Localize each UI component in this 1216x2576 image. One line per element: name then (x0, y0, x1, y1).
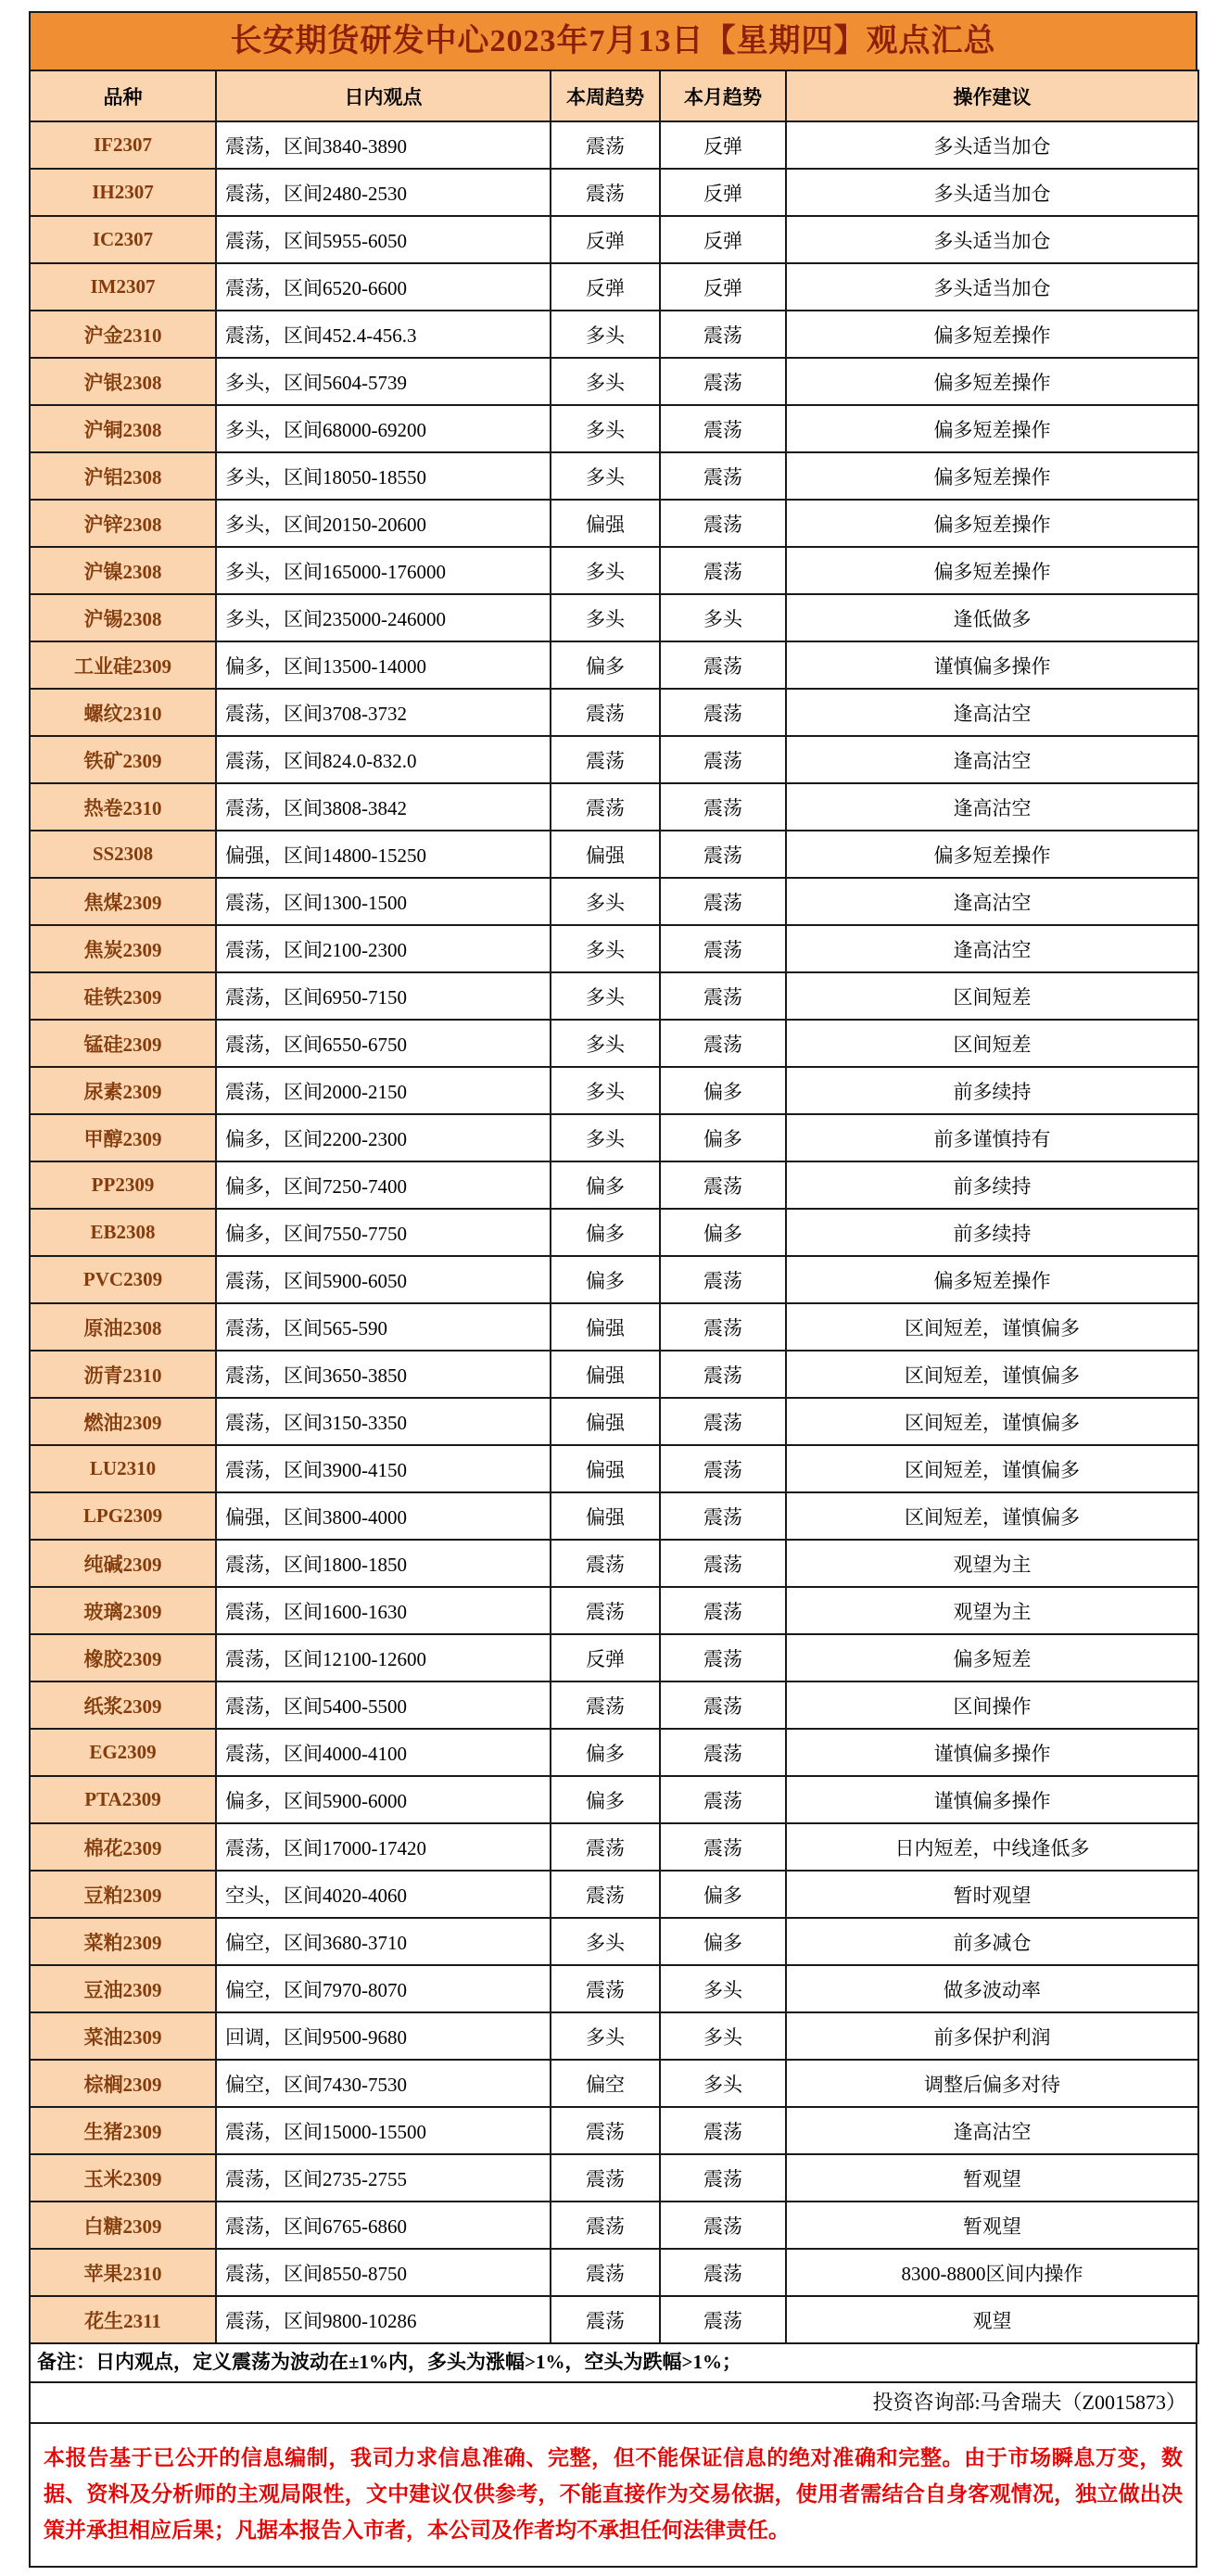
table-row: 硅铁2309震荡，区间6950-7150多头震荡区间短差 (30, 972, 1198, 1020)
variety-cell: 沪镍2308 (30, 547, 216, 594)
table-row: 尿素2309震荡，区间2000-2150多头偏多前多续持 (30, 1067, 1198, 1114)
intraday-view-cell: 震荡，区间8550-8750 (216, 2249, 551, 2296)
month-trend-cell: 震荡 (660, 1823, 786, 1871)
table-row: 螺纹2310震荡，区间3708-3732震荡震荡逢高沽空 (30, 689, 1198, 736)
report-title: 长安期货研发中心2023年7月13日【星期四】观点汇总 (29, 11, 1197, 71)
variety-cell: 热卷2310 (30, 783, 216, 831)
intraday-view-cell: 多头，区间68000-69200 (216, 405, 551, 452)
header-intraday-view: 日内观点 (216, 70, 551, 121)
table-row: 燃油2309震荡，区间3150-3350偏强震荡区间短差，谨慎偏多 (30, 1398, 1198, 1445)
month-trend-cell: 反弹 (660, 169, 786, 216)
advice-cell: 区间短差，谨慎偏多 (786, 1351, 1198, 1398)
intraday-view-cell: 多头，区间235000-246000 (216, 594, 551, 641)
header-month-trend: 本月趋势 (660, 70, 786, 121)
advice-cell: 偏多短差操作 (786, 311, 1198, 358)
variety-cell: 玉米2309 (30, 2154, 216, 2202)
month-trend-cell: 偏多 (660, 1871, 786, 1918)
month-trend-cell: 震荡 (660, 878, 786, 925)
week-trend-cell: 多头 (551, 925, 660, 972)
intraday-view-cell: 震荡，区间5900-6050 (216, 1256, 551, 1303)
variety-cell: 沪铜2308 (30, 405, 216, 452)
month-trend-cell: 震荡 (660, 500, 786, 547)
advice-cell: 做多波动率 (786, 1965, 1198, 2012)
variety-cell: 尿素2309 (30, 1067, 216, 1114)
week-trend-cell: 震荡 (551, 1871, 660, 1918)
variety-cell: 玻璃2309 (30, 1587, 216, 1634)
variety-cell: 甲醇2309 (30, 1114, 216, 1161)
advice-cell: 逢高沽空 (786, 2107, 1198, 2154)
variety-cell: 纸浆2309 (30, 1681, 216, 1729)
table-row: 沪锡2308多头，区间235000-246000多头多头逢低做多 (30, 594, 1198, 641)
viewpoint-summary-table: 品种 日内观点 本周趋势 本月趋势 操作建议 IF2307震荡，区间3840-3… (29, 70, 1199, 2344)
advice-cell: 多头适当加仓 (786, 169, 1198, 216)
variety-cell: PTA2309 (30, 1776, 216, 1823)
variety-cell: 棕榈2309 (30, 2060, 216, 2107)
variety-cell: 螺纹2310 (30, 689, 216, 736)
intraday-view-cell: 空头，区间4020-4060 (216, 1871, 551, 1918)
variety-cell: 原油2308 (30, 1303, 216, 1351)
week-trend-cell: 偏多 (551, 1729, 660, 1776)
intraday-view-cell: 震荡，区间15000-15500 (216, 2107, 551, 2154)
variety-cell: 菜油2309 (30, 2012, 216, 2060)
intraday-view-cell: 震荡，区间6950-7150 (216, 972, 551, 1020)
advice-cell: 偏多短差操作 (786, 358, 1198, 405)
intraday-view-cell: 震荡，区间2100-2300 (216, 925, 551, 972)
header-week-trend: 本周趋势 (551, 70, 660, 121)
week-trend-cell: 震荡 (551, 783, 660, 831)
month-trend-cell: 震荡 (660, 925, 786, 972)
month-trend-cell: 震荡 (660, 1398, 786, 1445)
month-trend-cell: 偏多 (660, 1209, 786, 1256)
advice-cell: 多头适当加仓 (786, 263, 1198, 311)
variety-cell: 铁矿2309 (30, 736, 216, 783)
advice-cell: 逢高沽空 (786, 925, 1198, 972)
week-trend-cell: 偏强 (551, 831, 660, 878)
week-trend-cell: 偏空 (551, 2060, 660, 2107)
intraday-view-cell: 偏强，区间14800-15250 (216, 831, 551, 878)
variety-cell: 燃油2309 (30, 1398, 216, 1445)
intraday-view-cell: 震荡，区间6765-6860 (216, 2202, 551, 2249)
week-trend-cell: 偏强 (551, 1398, 660, 1445)
week-trend-cell: 震荡 (551, 121, 660, 169)
week-trend-cell: 偏多 (551, 1209, 660, 1256)
intraday-view-cell: 震荡，区间5400-5500 (216, 1681, 551, 1729)
intraday-view-cell: 震荡，区间452.4-456.3 (216, 311, 551, 358)
intraday-view-cell: 震荡，区间3840-3890 (216, 121, 551, 169)
advice-cell: 偏多短差操作 (786, 1256, 1198, 1303)
month-trend-cell: 反弹 (660, 216, 786, 263)
intraday-view-cell: 震荡，区间1300-1500 (216, 878, 551, 925)
intraday-view-cell: 偏多，区间7550-7750 (216, 1209, 551, 1256)
variety-cell: 硅铁2309 (30, 972, 216, 1020)
variety-cell: 纯碱2309 (30, 1540, 216, 1587)
advice-cell: 偏多短差操作 (786, 500, 1198, 547)
month-trend-cell: 震荡 (660, 2202, 786, 2249)
week-trend-cell: 反弹 (551, 1634, 660, 1681)
variety-cell: 苹果2310 (30, 2249, 216, 2296)
week-trend-cell: 多头 (551, 594, 660, 641)
table-row: 玻璃2309震荡，区间1600-1630震荡震荡观望为主 (30, 1587, 1198, 1634)
variety-cell: IF2307 (30, 121, 216, 169)
table-row: 白糖2309震荡，区间6765-6860震荡震荡暂观望 (30, 2202, 1198, 2249)
advice-cell: 前多减仓 (786, 1918, 1198, 1965)
variety-cell: 沪铝2308 (30, 452, 216, 500)
week-trend-cell: 偏多 (551, 1161, 660, 1209)
table-row: 沪铜2308多头，区间68000-69200多头震荡偏多短差操作 (30, 405, 1198, 452)
table-row: PP2309偏多，区间7250-7400偏多震荡前多续持 (30, 1161, 1198, 1209)
table-row: 菜油2309回调，区间9500-9680多头多头前多保护利润 (30, 2012, 1198, 2060)
table-row: 沪铝2308多头，区间18050-18550多头震荡偏多短差操作 (30, 452, 1198, 500)
header-variety: 品种 (30, 70, 216, 121)
month-trend-cell: 震荡 (660, 641, 786, 689)
table-row: 棉花2309震荡，区间17000-17420震荡震荡日内短差，中线逢低多 (30, 1823, 1198, 1871)
month-trend-cell: 多头 (660, 2012, 786, 2060)
month-trend-cell: 震荡 (660, 2296, 786, 2343)
table-row: 生猪2309震荡，区间15000-15500震荡震荡逢高沽空 (30, 2107, 1198, 2154)
table-row: 苹果2310震荡，区间8550-8750震荡震荡8300-8800区间内操作 (30, 2249, 1198, 2296)
variety-cell: IM2307 (30, 263, 216, 311)
advice-cell: 前多续持 (786, 1161, 1198, 1209)
variety-cell: LU2310 (30, 1445, 216, 1492)
variety-cell: LPG2309 (30, 1492, 216, 1540)
intraday-view-cell: 多头，区间5604-5739 (216, 358, 551, 405)
advice-cell: 多头适当加仓 (786, 216, 1198, 263)
month-trend-cell: 震荡 (660, 1445, 786, 1492)
month-trend-cell: 多头 (660, 2060, 786, 2107)
variety-cell: SS2308 (30, 831, 216, 878)
month-trend-cell: 震荡 (660, 1256, 786, 1303)
note-line: 备注：日内观点，定义震荡为波动在±1%内，多头为涨幅>1%，空头为跌幅>1%； (29, 2344, 1197, 2383)
month-trend-cell: 震荡 (660, 1681, 786, 1729)
advice-cell: 观望为主 (786, 1540, 1198, 1587)
intraday-view-cell: 偏空，区间3680-3710 (216, 1918, 551, 1965)
variety-cell: 工业硅2309 (30, 641, 216, 689)
month-trend-cell: 多头 (660, 594, 786, 641)
variety-cell: 橡胶2309 (30, 1634, 216, 1681)
variety-cell: 沪锡2308 (30, 594, 216, 641)
week-trend-cell: 偏强 (551, 500, 660, 547)
week-trend-cell: 多头 (551, 358, 660, 405)
week-trend-cell: 多头 (551, 547, 660, 594)
variety-cell: 豆粕2309 (30, 1871, 216, 1918)
intraday-view-cell: 震荡，区间3150-3350 (216, 1398, 551, 1445)
variety-cell: 锰硅2309 (30, 1020, 216, 1067)
intraday-view-cell: 震荡，区间2735-2755 (216, 2154, 551, 2202)
intraday-view-cell: 偏空，区间7430-7530 (216, 2060, 551, 2107)
table-row: 焦煤2309震荡，区间1300-1500多头震荡逢高沽空 (30, 878, 1198, 925)
month-trend-cell: 震荡 (660, 1776, 786, 1823)
variety-cell: 菜粕2309 (30, 1918, 216, 1965)
month-trend-cell: 偏多 (660, 1114, 786, 1161)
intraday-view-cell: 偏强，区间3800-4000 (216, 1492, 551, 1540)
intraday-view-cell: 震荡，区间2000-2150 (216, 1067, 551, 1114)
week-trend-cell: 震荡 (551, 2249, 660, 2296)
table-row: 菜粕2309偏空，区间3680-3710多头偏多前多减仓 (30, 1918, 1198, 1965)
table-row: 玉米2309震荡，区间2735-2755震荡震荡暂观望 (30, 2154, 1198, 2202)
advice-cell: 区间短差，谨慎偏多 (786, 1492, 1198, 1540)
advice-cell: 观望 (786, 2296, 1198, 2343)
month-trend-cell: 震荡 (660, 1729, 786, 1776)
advice-cell: 区间短差，谨慎偏多 (786, 1445, 1198, 1492)
month-trend-cell: 震荡 (660, 831, 786, 878)
intraday-view-cell: 震荡，区间4000-4100 (216, 1729, 551, 1776)
advice-cell: 8300-8800区间内操作 (786, 2249, 1198, 2296)
table-row: 纯碱2309震荡，区间1800-1850震荡震荡观望为主 (30, 1540, 1198, 1587)
table-row: 沪银2308多头，区间5604-5739多头震荡偏多短差操作 (30, 358, 1198, 405)
week-trend-cell: 多头 (551, 1067, 660, 1114)
variety-cell: 焦炭2309 (30, 925, 216, 972)
table-row: LPG2309偏强，区间3800-4000偏强震荡区间短差，谨慎偏多 (30, 1492, 1198, 1540)
month-trend-cell: 震荡 (660, 2154, 786, 2202)
week-trend-cell: 多头 (551, 311, 660, 358)
advice-cell: 暂观望 (786, 2202, 1198, 2249)
week-trend-cell: 震荡 (551, 1965, 660, 2012)
table-row: EB2308偏多，区间7550-7750偏多偏多前多续持 (30, 1209, 1198, 1256)
table-row: 橡胶2309震荡，区间12100-12600反弹震荡偏多短差 (30, 1634, 1198, 1681)
intraday-view-cell: 偏多，区间5900-6000 (216, 1776, 551, 1823)
table-row: 沪锌2308多头，区间20150-20600偏强震荡偏多短差操作 (30, 500, 1198, 547)
intraday-view-cell: 震荡，区间3900-4150 (216, 1445, 551, 1492)
table-row: PTA2309偏多，区间5900-6000偏多震荡谨慎偏多操作 (30, 1776, 1198, 1823)
variety-cell: EB2308 (30, 1209, 216, 1256)
month-trend-cell: 震荡 (660, 452, 786, 500)
intraday-view-cell: 偏空，区间7970-8070 (216, 1965, 551, 2012)
advice-cell: 区间短差 (786, 1020, 1198, 1067)
intraday-view-cell: 震荡，区间3808-3842 (216, 783, 551, 831)
month-trend-cell: 震荡 (660, 2107, 786, 2154)
intraday-view-cell: 多头，区间20150-20600 (216, 500, 551, 547)
week-trend-cell: 震荡 (551, 2296, 660, 2343)
week-trend-cell: 多头 (551, 1114, 660, 1161)
month-trend-cell: 多头 (660, 1965, 786, 2012)
table-row: 焦炭2309震荡，区间2100-2300多头震荡逢高沽空 (30, 925, 1198, 972)
advice-cell: 偏多短差 (786, 1634, 1198, 1681)
week-trend-cell: 震荡 (551, 1681, 660, 1729)
variety-cell: 白糖2309 (30, 2202, 216, 2249)
variety-cell: IH2307 (30, 169, 216, 216)
week-trend-cell: 反弹 (551, 263, 660, 311)
advice-cell: 前多续持 (786, 1067, 1198, 1114)
variety-cell: 焦煤2309 (30, 878, 216, 925)
variety-cell: 豆油2309 (30, 1965, 216, 2012)
advice-cell: 调整后偏多对待 (786, 2060, 1198, 2107)
table-row: 原油2308震荡，区间565-590偏强震荡区间短差，谨慎偏多 (30, 1303, 1198, 1351)
month-trend-cell: 震荡 (660, 311, 786, 358)
week-trend-cell: 震荡 (551, 1587, 660, 1634)
intraday-view-cell: 震荡，区间3708-3732 (216, 689, 551, 736)
intraday-view-cell: 震荡，区间565-590 (216, 1303, 551, 1351)
variety-cell: EG2309 (30, 1729, 216, 1776)
week-trend-cell: 偏多 (551, 1256, 660, 1303)
week-trend-cell: 偏强 (551, 1303, 660, 1351)
month-trend-cell: 震荡 (660, 1161, 786, 1209)
table-row: 沪镍2308多头，区间165000-176000多头震荡偏多短差操作 (30, 547, 1198, 594)
month-trend-cell: 震荡 (660, 1492, 786, 1540)
variety-cell: PVC2309 (30, 1256, 216, 1303)
table-row: 花生2311震荡，区间9800-10286震荡震荡观望 (30, 2296, 1198, 2343)
advice-cell: 偏多短差操作 (786, 831, 1198, 878)
variety-cell: PP2309 (30, 1161, 216, 1209)
advice-cell: 谨慎偏多操作 (786, 641, 1198, 689)
month-trend-cell: 震荡 (660, 689, 786, 736)
table-row: 热卷2310震荡，区间3808-3842震荡震荡逢高沽空 (30, 783, 1198, 831)
intraday-view-cell: 偏多，区间2200-2300 (216, 1114, 551, 1161)
week-trend-cell: 多头 (551, 1918, 660, 1965)
week-trend-cell: 多头 (551, 452, 660, 500)
month-trend-cell: 震荡 (660, 358, 786, 405)
intraday-view-cell: 回调，区间9500-9680 (216, 2012, 551, 2060)
advice-cell: 谨慎偏多操作 (786, 1776, 1198, 1823)
table-row: 棕榈2309偏空，区间7430-7530偏空多头调整后偏多对待 (30, 2060, 1198, 2107)
advice-cell: 逢低做多 (786, 594, 1198, 641)
advice-cell: 前多续持 (786, 1209, 1198, 1256)
week-trend-cell: 多头 (551, 1020, 660, 1067)
advice-cell: 区间短差，谨慎偏多 (786, 1303, 1198, 1351)
week-trend-cell: 震荡 (551, 689, 660, 736)
month-trend-cell: 震荡 (660, 1587, 786, 1634)
month-trend-cell: 震荡 (660, 1540, 786, 1587)
week-trend-cell: 偏多 (551, 1776, 660, 1823)
variety-cell: 沪银2308 (30, 358, 216, 405)
week-trend-cell: 多头 (551, 878, 660, 925)
intraday-view-cell: 震荡，区间1600-1630 (216, 1587, 551, 1634)
intraday-view-cell: 震荡，区间12100-12600 (216, 1634, 551, 1681)
month-trend-cell: 震荡 (660, 1634, 786, 1681)
table-row: 豆油2309偏空，区间7970-8070震荡多头做多波动率 (30, 1965, 1198, 2012)
intraday-view-cell: 震荡，区间3650-3850 (216, 1351, 551, 1398)
week-trend-cell: 多头 (551, 972, 660, 1020)
month-trend-cell: 震荡 (660, 1303, 786, 1351)
advice-cell: 暂时观望 (786, 1871, 1198, 1918)
variety-cell: 沥青2310 (30, 1351, 216, 1398)
intraday-view-cell: 震荡，区间6550-6750 (216, 1020, 551, 1067)
week-trend-cell: 震荡 (551, 1823, 660, 1871)
header-advice: 操作建议 (786, 70, 1198, 121)
table-row: EG2309震荡，区间4000-4100偏多震荡谨慎偏多操作 (30, 1729, 1198, 1776)
advice-cell: 观望为主 (786, 1587, 1198, 1634)
advice-cell: 偏多短差操作 (786, 405, 1198, 452)
disclaimer-box: 本报告基于已公开的信息编制，我司力求信息准确、完整，但不能保证信息的绝对准确和完… (29, 2424, 1197, 2568)
advice-cell: 逢高沽空 (786, 783, 1198, 831)
intraday-view-cell: 多头，区间18050-18550 (216, 452, 551, 500)
week-trend-cell: 震荡 (551, 2154, 660, 2202)
month-trend-cell: 偏多 (660, 1918, 786, 1965)
advice-cell: 逢高沽空 (786, 878, 1198, 925)
week-trend-cell: 震荡 (551, 2202, 660, 2249)
month-trend-cell: 震荡 (660, 1351, 786, 1398)
week-trend-cell: 偏多 (551, 641, 660, 689)
variety-cell: 花生2311 (30, 2296, 216, 2343)
month-trend-cell: 震荡 (660, 1020, 786, 1067)
week-trend-cell: 偏强 (551, 1351, 660, 1398)
intraday-view-cell: 震荡，区间824.0-832.0 (216, 736, 551, 783)
intraday-view-cell: 震荡，区间2480-2530 (216, 169, 551, 216)
intraday-view-cell: 偏多，区间13500-14000 (216, 641, 551, 689)
advice-cell: 暂观望 (786, 2154, 1198, 2202)
week-trend-cell: 多头 (551, 405, 660, 452)
advice-cell: 前多谨慎持有 (786, 1114, 1198, 1161)
month-trend-cell: 震荡 (660, 736, 786, 783)
month-trend-cell: 震荡 (660, 972, 786, 1020)
table-row: IF2307震荡，区间3840-3890震荡反弹多头适当加仓 (30, 121, 1198, 169)
variety-cell: IC2307 (30, 216, 216, 263)
intraday-view-cell: 偏多，区间7250-7400 (216, 1161, 551, 1209)
week-trend-cell: 偏强 (551, 1445, 660, 1492)
report-page: 长安期货研发中心2023年7月13日【星期四】观点汇总 品种 日内观点 本周趋势… (0, 0, 1216, 2568)
advice-cell: 偏多短差操作 (786, 547, 1198, 594)
advice-cell: 逢高沽空 (786, 736, 1198, 783)
table-row: IH2307震荡，区间2480-2530震荡反弹多头适当加仓 (30, 169, 1198, 216)
intraday-view-cell: 震荡，区间9800-10286 (216, 2296, 551, 2343)
table-row: IC2307震荡，区间5955-6050反弹反弹多头适当加仓 (30, 216, 1198, 263)
advice-cell: 区间短差，谨慎偏多 (786, 1398, 1198, 1445)
week-trend-cell: 震荡 (551, 169, 660, 216)
variety-cell: 沪金2310 (30, 311, 216, 358)
advice-cell: 前多保护利润 (786, 2012, 1198, 2060)
table-row: 铁矿2309震荡，区间824.0-832.0震荡震荡逢高沽空 (30, 736, 1198, 783)
table-row: 沥青2310震荡，区间3650-3850偏强震荡区间短差，谨慎偏多 (30, 1351, 1198, 1398)
week-trend-cell: 反弹 (551, 216, 660, 263)
table-row: SS2308偏强，区间14800-15250偏强震荡偏多短差操作 (30, 831, 1198, 878)
variety-cell: 沪锌2308 (30, 500, 216, 547)
month-trend-cell: 震荡 (660, 547, 786, 594)
month-trend-cell: 反弹 (660, 121, 786, 169)
month-trend-cell: 反弹 (660, 263, 786, 311)
variety-cell: 生猪2309 (30, 2107, 216, 2154)
intraday-view-cell: 震荡，区间17000-17420 (216, 1823, 551, 1871)
table-row: 甲醇2309偏多，区间2200-2300多头偏多前多谨慎持有 (30, 1114, 1198, 1161)
table-row: LU2310震荡，区间3900-4150偏强震荡区间短差，谨慎偏多 (30, 1445, 1198, 1492)
advice-cell: 多头适当加仓 (786, 121, 1198, 169)
table-row: 纸浆2309震荡，区间5400-5500震荡震荡区间操作 (30, 1681, 1198, 1729)
intraday-view-cell: 震荡，区间5955-6050 (216, 216, 551, 263)
intraday-view-cell: 震荡，区间1800-1850 (216, 1540, 551, 1587)
week-trend-cell: 震荡 (551, 2107, 660, 2154)
table-header-row: 品种 日内观点 本周趋势 本月趋势 操作建议 (30, 70, 1198, 121)
table-row: PVC2309震荡，区间5900-6050偏多震荡偏多短差操作 (30, 1256, 1198, 1303)
variety-cell: 棉花2309 (30, 1823, 216, 1871)
advice-cell: 逢高沽空 (786, 689, 1198, 736)
advice-cell: 区间操作 (786, 1681, 1198, 1729)
table-row: 工业硅2309偏多，区间13500-14000偏多震荡谨慎偏多操作 (30, 641, 1198, 689)
week-trend-cell: 震荡 (551, 1540, 660, 1587)
month-trend-cell: 震荡 (660, 405, 786, 452)
consultant-line: 投资咨询部:马舍瑞夫（Z0015873） (29, 2383, 1197, 2424)
table-row: IM2307震荡，区间6520-6600反弹反弹多头适当加仓 (30, 263, 1198, 311)
month-trend-cell: 震荡 (660, 783, 786, 831)
week-trend-cell: 震荡 (551, 736, 660, 783)
advice-cell: 谨慎偏多操作 (786, 1729, 1198, 1776)
month-trend-cell: 偏多 (660, 1067, 786, 1114)
intraday-view-cell: 多头，区间165000-176000 (216, 547, 551, 594)
advice-cell: 日内短差，中线逢低多 (786, 1823, 1198, 1871)
advice-cell: 区间短差 (786, 972, 1198, 1020)
month-trend-cell: 震荡 (660, 2249, 786, 2296)
week-trend-cell: 多头 (551, 2012, 660, 2060)
table-row: 锰硅2309震荡，区间6550-6750多头震荡区间短差 (30, 1020, 1198, 1067)
advice-cell: 偏多短差操作 (786, 452, 1198, 500)
table-row: 豆粕2309空头，区间4020-4060震荡偏多暂时观望 (30, 1871, 1198, 1918)
table-row: 沪金2310震荡，区间452.4-456.3多头震荡偏多短差操作 (30, 311, 1198, 358)
intraday-view-cell: 震荡，区间6520-6600 (216, 263, 551, 311)
week-trend-cell: 偏强 (551, 1492, 660, 1540)
